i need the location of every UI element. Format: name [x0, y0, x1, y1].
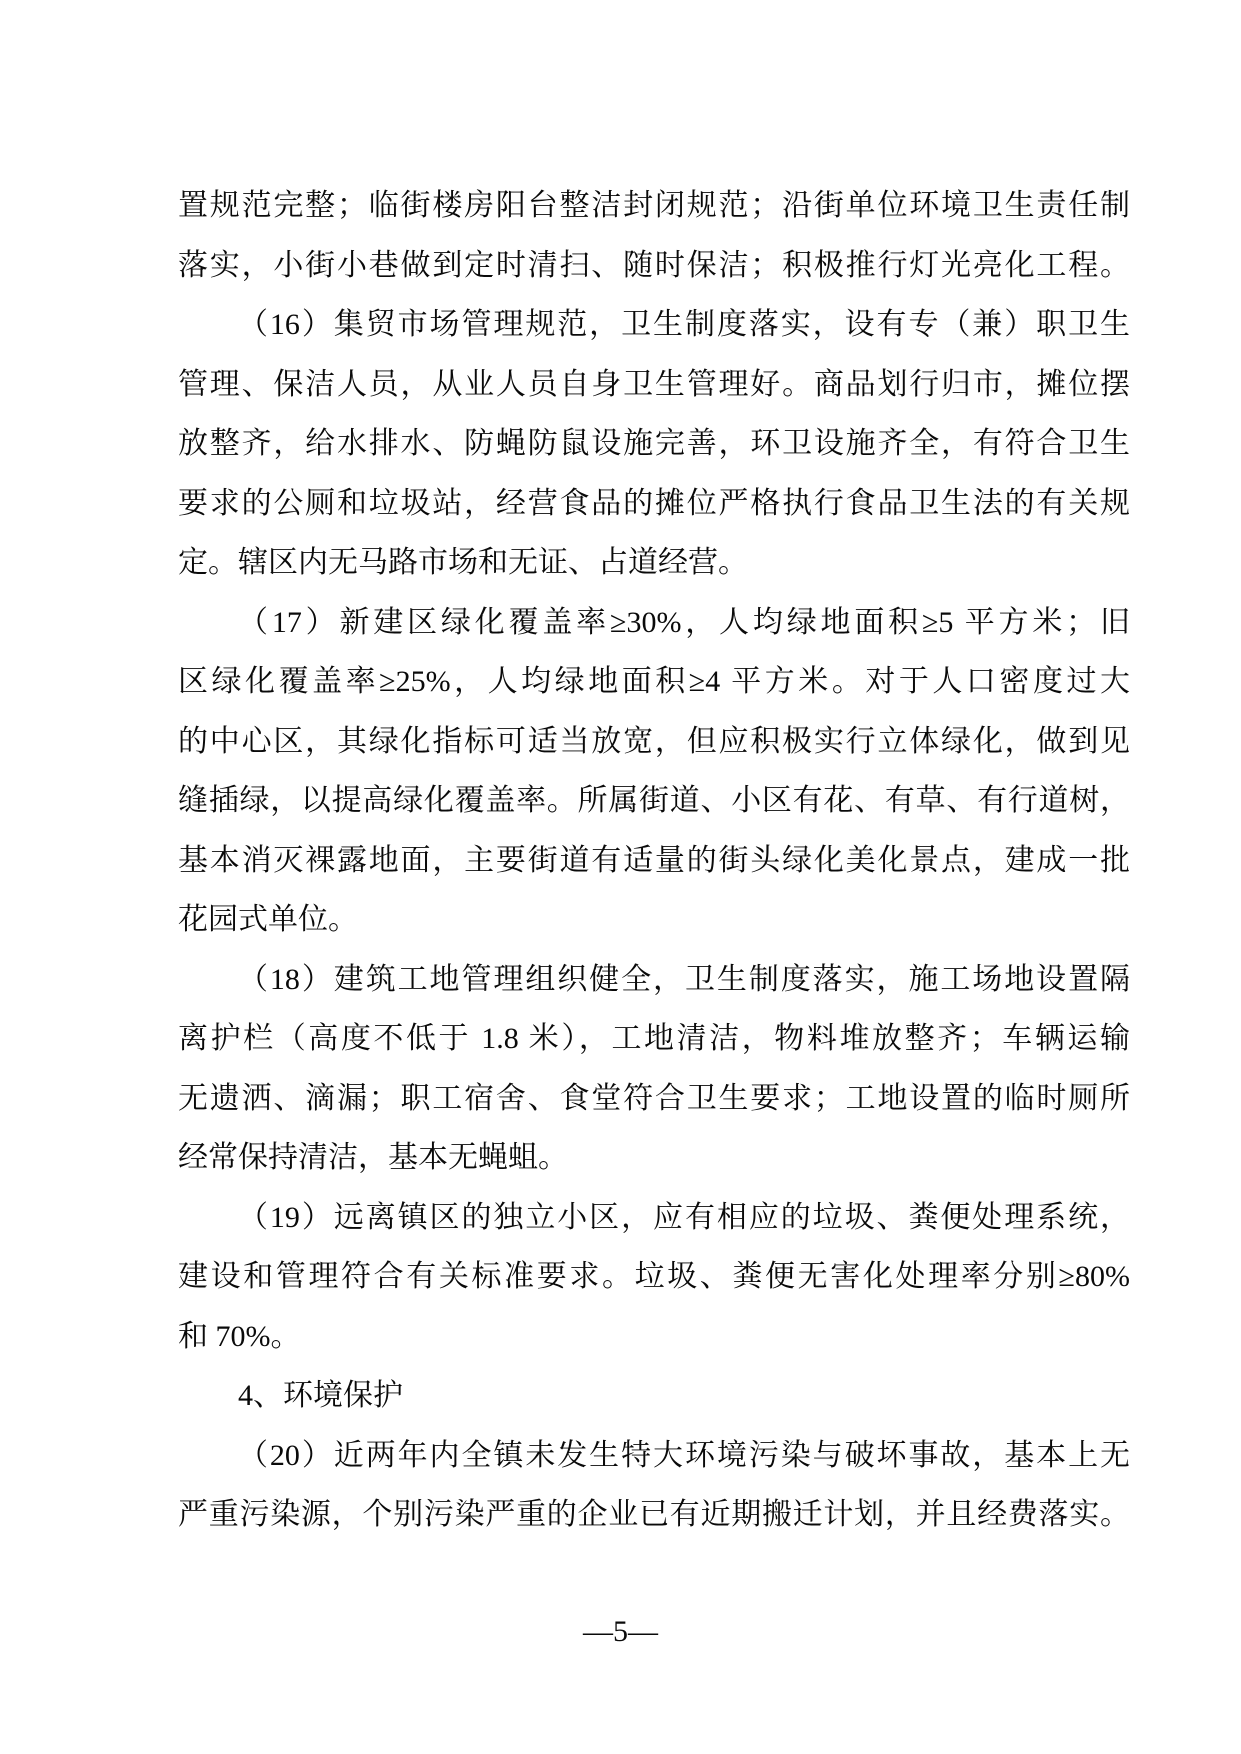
text-line-item-18: （18）建筑工地管理组织健全，卫生制度落实，施工场地设置隔: [178, 950, 1130, 1010]
text-line: 的中心区，其绿化指标可适当放宽，但应积极实行立体绿化，做到见: [178, 712, 1130, 772]
text-line: 无遗洒、滴漏；职工宿舍、食堂符合卫生要求；工地设置的临时厕所: [178, 1069, 1130, 1129]
text-line: 缝插绿，以提高绿化覆盖率。所属街道、小区有花、有草、有行道树，: [178, 771, 1130, 831]
text-line: 建设和管理符合有关标准要求。垃圾、粪便无害化处理率分别≥80%: [178, 1247, 1130, 1307]
text-line: 严重污染源，个别污染严重的企业已有近期搬迁计划，并且经费落实。: [178, 1485, 1130, 1545]
text-line: 和 70%。: [178, 1307, 1130, 1367]
text-line: 要求的公厕和垃圾站，经营食品的摊位严格执行食品卫生法的有关规: [178, 474, 1130, 534]
document-text-block: 置规范完整；临街楼房阳台整洁封闭规范；沿街单位环境卫生责任制 落实，小街小巷做到…: [178, 176, 1130, 1545]
text-line: 基本消灭裸露地面，主要街道有适量的街头绿化美化景点，建成一批: [178, 831, 1130, 891]
text-line: 离护栏（高度不低于 1.8 米），工地清洁，物料堆放整齐；车辆运输: [178, 1009, 1130, 1069]
text-line: 管理、保洁人员，从业人员自身卫生管理好。商品划行归市，摊位摆: [178, 355, 1130, 415]
text-line-item-16: （16）集贸市场管理规范，卫生制度落实，设有专（兼）职卫生: [178, 295, 1130, 355]
text-line: 落实，小街小巷做到定时清扫、随时保洁；积极推行灯光亮化工程。: [178, 236, 1130, 296]
page-number: —5—: [583, 1615, 658, 1648]
text-line: 区绿化覆盖率≥25%，人均绿地面积≥4 平方米。对于人口密度过大: [178, 652, 1130, 712]
text-line: 放整齐，给水排水、防蝇防鼠设施完善，环卫设施齐全，有符合卫生: [178, 414, 1130, 474]
section-heading-line: 4、环境保护: [178, 1366, 1130, 1426]
page-footer: —5—: [0, 1612, 1241, 1652]
text-line-item-19: （19）远离镇区的独立小区，应有相应的垃圾、粪便处理系统，: [178, 1188, 1130, 1248]
text-line: 花园式单位。: [178, 890, 1130, 950]
text-line: 经常保持清洁，基本无蝇蛆。: [178, 1128, 1130, 1188]
text-line: 置规范完整；临街楼房阳台整洁封闭规范；沿街单位环境卫生责任制: [178, 176, 1130, 236]
text-line: 定。辖区内无马路市场和无证、占道经营。: [178, 533, 1130, 593]
document-page: 置规范完整；临街楼房阳台整洁封闭规范；沿街单位环境卫生责任制 落实，小街小巷做到…: [0, 0, 1241, 1754]
text-line-item-20: （20）近两年内全镇未发生特大环境污染与破坏事故，基本上无: [178, 1426, 1130, 1486]
text-line-item-17: （17）新建区绿化覆盖率≥30%，人均绿地面积≥5 平方米；旧: [178, 593, 1130, 653]
